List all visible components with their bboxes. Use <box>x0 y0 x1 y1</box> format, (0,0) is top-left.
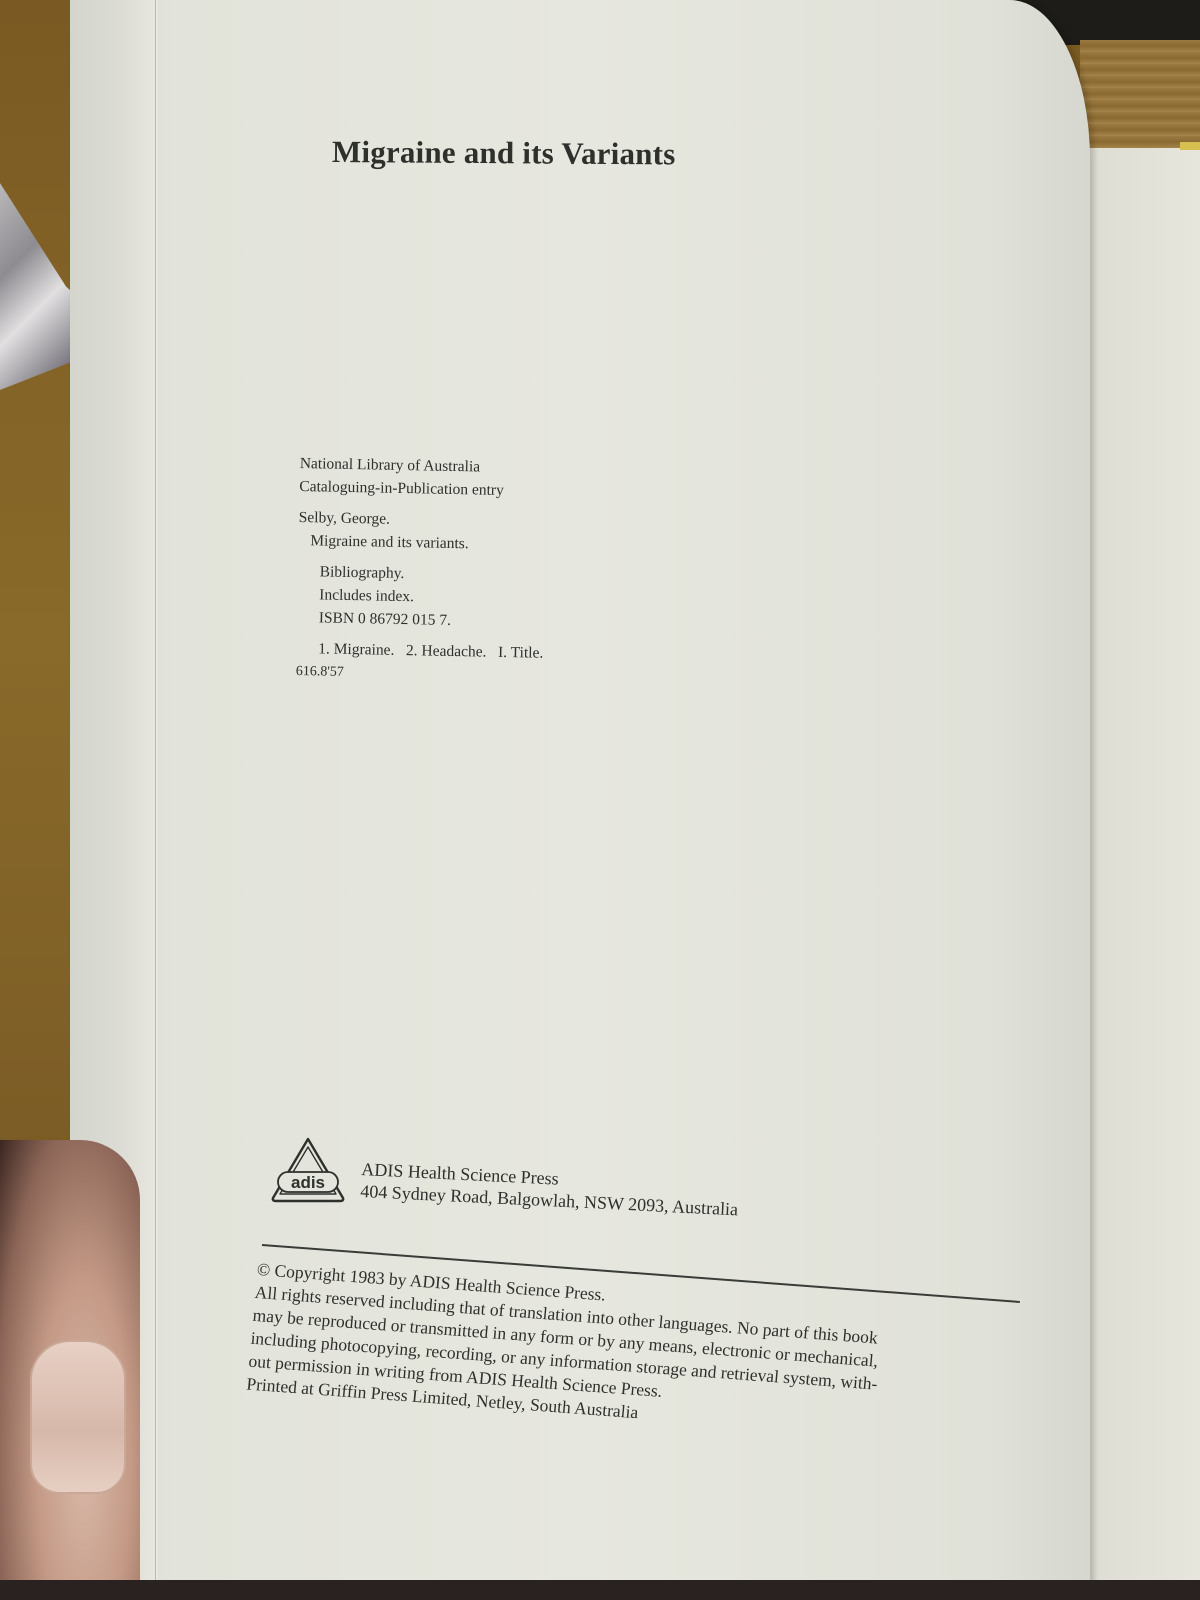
adis-triangle-logo-icon: adis <box>270 1136 346 1204</box>
svg-text:adis: adis <box>291 1173 325 1192</box>
book-title: Migraine and its Variants <box>332 134 676 172</box>
book-cover-gilt-edge <box>1180 142 1200 150</box>
publisher-text: ADIS Health Science Press 404 Sydney Roa… <box>360 1158 740 1220</box>
cip-entry: National Library of Australia Cataloguin… <box>296 452 700 691</box>
page-fold-line <box>155 0 156 1580</box>
publisher-block: adis ADIS Health Science Press 404 Sydne… <box>270 1136 850 1246</box>
wood-surface <box>1080 40 1200 155</box>
dark-background-bottom <box>0 1580 1200 1600</box>
thumbnail <box>30 1340 126 1494</box>
